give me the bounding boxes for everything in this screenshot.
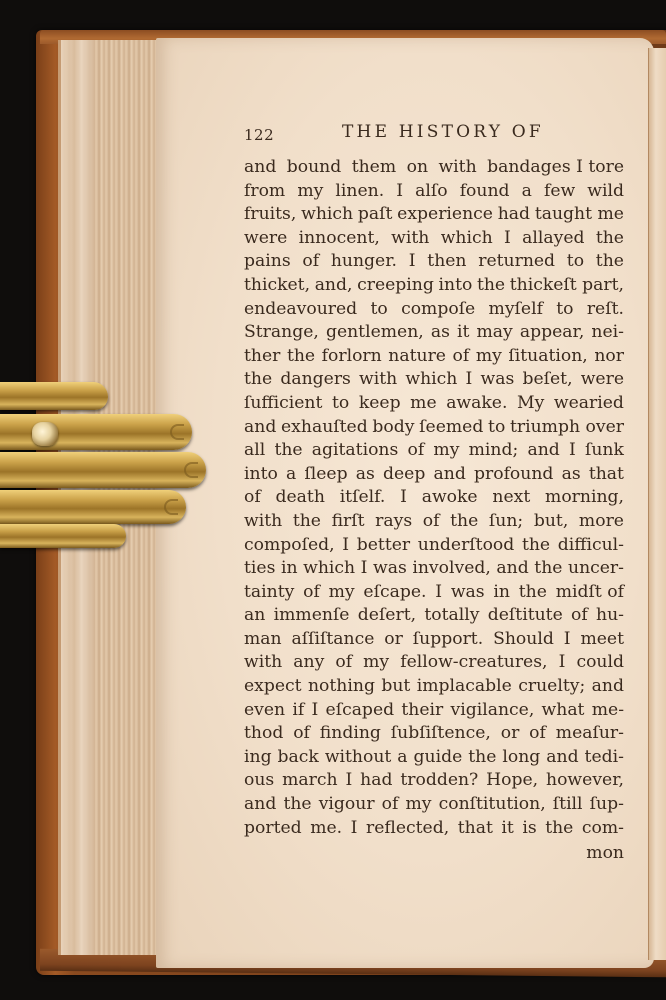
word: deſert, (358, 604, 416, 628)
text-line: ofdeathitſelf.Iawokenextmorning, (244, 486, 624, 510)
text-line: thicket,and,creepingintothethickeſt part… (244, 274, 624, 298)
page-number: 122 (244, 126, 274, 144)
text-line: portedme.Ireflected,thatitisthecom- (244, 817, 624, 841)
word: with (244, 510, 282, 534)
word: into (439, 274, 473, 298)
word: the (596, 227, 624, 251)
word: with (244, 651, 282, 675)
text-line: withthefirſtraysoftheſun;but,more (244, 510, 624, 534)
word: taught me (535, 203, 624, 227)
page-text: 122 THE HISTORY OF andboundthemonwithban… (244, 122, 624, 866)
word: eſcaped (326, 699, 395, 723)
text-line: frommylinen.Ialſofoundafewwild (244, 180, 624, 204)
word: creeping (357, 274, 434, 298)
word: endeavoured (244, 298, 357, 322)
text-line: intoaſleepasdeepandprofoundasthat (244, 463, 624, 487)
word: was (451, 581, 485, 605)
word: the (534, 557, 562, 581)
word: awake. (446, 392, 507, 416)
word: I (361, 557, 368, 581)
word: with (391, 227, 429, 251)
word: and (244, 416, 276, 440)
word: me- (592, 699, 624, 723)
word: their (401, 699, 443, 723)
word: agitations (312, 439, 399, 463)
word: dangers (280, 368, 351, 392)
word: triumph over (510, 416, 624, 440)
word: of (244, 486, 261, 510)
word: I (564, 628, 571, 652)
word: is (522, 817, 536, 841)
thumb (0, 382, 108, 410)
text-line: thodoffindingſubſiſtence,orofmeaſur- (244, 722, 624, 746)
page-right-edge (648, 48, 666, 960)
word: death (276, 486, 325, 510)
word: My (517, 392, 544, 416)
index-finger (0, 414, 192, 450)
word: but (381, 675, 410, 699)
word: of (382, 793, 399, 817)
word: itſelf. (340, 486, 386, 510)
word: ſtill (553, 793, 583, 817)
word: the (522, 534, 550, 558)
word: I (396, 180, 403, 204)
text-line: ousmarchIhadtrodden?Hope,however, (244, 769, 624, 793)
word: paſt (358, 203, 393, 227)
word: had (498, 203, 530, 227)
word: me. (310, 817, 342, 841)
word: I (409, 250, 416, 274)
word: innocent, (299, 227, 380, 251)
text-line: Strange,gentlemen,asitmayappear,nei- (244, 321, 624, 345)
word: I (351, 817, 358, 841)
text-line: fruits,whichpaſtexperiencehadtaught me (244, 203, 624, 227)
word: then (427, 250, 466, 274)
word: an (244, 604, 265, 628)
word: I (559, 651, 566, 675)
text-line: thertheforlornnatureofmyſituation,nor (244, 345, 624, 369)
word: and (496, 557, 528, 581)
word: as (356, 463, 375, 487)
word: involved, (412, 557, 490, 581)
word: my (297, 180, 323, 204)
word: next (492, 486, 530, 510)
word: awoke (422, 486, 478, 510)
word: and (527, 439, 559, 463)
word: even (244, 699, 285, 723)
word: if (292, 699, 304, 723)
word: of (335, 651, 352, 675)
word: but, (534, 510, 568, 534)
word: myſelf (489, 298, 543, 322)
word: them (352, 156, 396, 180)
word: compoſe (401, 298, 475, 322)
ring-icon (32, 422, 58, 446)
word: experience (397, 203, 493, 227)
word: back (278, 746, 319, 770)
catchword: mon (586, 842, 624, 866)
word: any (293, 651, 324, 675)
word: conſtitution, (439, 793, 546, 817)
word: was (481, 368, 515, 392)
word: implacable (417, 675, 512, 699)
word: the (274, 439, 302, 463)
word: the (519, 581, 547, 605)
text-line: tiesinwhichIwasinvolved,andtheuncer- (244, 557, 624, 581)
word: which (301, 203, 353, 227)
word: the (477, 274, 505, 298)
word: what (542, 699, 585, 723)
word: or (384, 628, 403, 652)
word: man (244, 628, 282, 652)
word: the (545, 817, 573, 841)
word: which (405, 368, 457, 392)
word: vigour (319, 793, 375, 817)
word: that (589, 463, 624, 487)
word: immenſe (274, 604, 350, 628)
word: guide (414, 746, 463, 770)
word: my (476, 345, 502, 369)
word: hunger. (331, 250, 397, 274)
word: vigilance, (451, 699, 535, 723)
word: deſtitute (488, 604, 563, 628)
little-finger (0, 524, 126, 548)
word: my (363, 651, 389, 675)
word: could (576, 651, 624, 675)
word: ing (244, 746, 272, 770)
word: ſleep (304, 463, 347, 487)
word: I (345, 769, 352, 793)
word: and (244, 156, 276, 180)
word: deep (383, 463, 425, 487)
word: eſcape. (363, 581, 426, 605)
word: from (244, 180, 285, 204)
word: thickeſt part, (510, 274, 624, 298)
word: pains (244, 250, 291, 274)
word: ſunk (585, 439, 624, 463)
word: were (581, 368, 624, 392)
word: of (571, 604, 588, 628)
word: without (325, 746, 392, 770)
word: the (283, 793, 311, 817)
word: more (579, 510, 624, 534)
text-line: andexhauſtedbodyſeemedtotriumph over (244, 416, 624, 440)
word: gentlemen, (326, 321, 424, 345)
word: tedi- (585, 746, 624, 770)
word: a (286, 463, 296, 487)
word: I (504, 227, 511, 251)
word: alſo (415, 180, 447, 204)
word: were (244, 227, 287, 251)
word: with (359, 368, 397, 392)
text-line: expectnothingbutimplacablecruelty;and (244, 675, 624, 699)
word: the (293, 510, 321, 534)
word: meaſur- (556, 722, 624, 746)
page-header: 122 THE HISTORY OF (244, 122, 624, 156)
word: which (441, 227, 493, 251)
word: wearied (554, 392, 624, 416)
ring-finger (0, 490, 186, 524)
fingernail (164, 499, 178, 515)
word: forlorn (322, 345, 382, 369)
text-line: andboundthemonwithbandages I tore (244, 156, 624, 180)
body-text: andboundthemonwithbandages I torefrommyl… (244, 156, 624, 840)
word: ties (244, 557, 275, 581)
word: and (592, 675, 624, 699)
brass-hand-bookmark (0, 378, 210, 548)
text-line: alltheagitationsofmymind;andIſunk (244, 439, 624, 463)
word: Should (493, 628, 554, 652)
text-line: withanyofmyfellow-creatures,Icould (244, 651, 624, 675)
word: body (372, 416, 414, 440)
word: allayed (522, 227, 584, 251)
word: trodden? (400, 769, 478, 793)
text-line: andthevigourofmyconſtitution,ſtillſup- (244, 793, 624, 817)
word: expect (244, 675, 302, 699)
word: exhauſted (281, 416, 368, 440)
word: ſituation, (508, 345, 587, 369)
word: difficul- (558, 534, 624, 558)
text-line: ingbackwithoutaguidethelongandtedi- (244, 746, 624, 770)
word: that (458, 817, 493, 841)
text-line: painsofhunger.Ithenreturnedtothe (244, 250, 624, 274)
word: com- (582, 817, 624, 841)
word: was (373, 557, 407, 581)
word: on (407, 156, 428, 180)
word: the (450, 510, 478, 534)
word: ſup- (590, 793, 624, 817)
word: ported (244, 817, 302, 841)
word: of (293, 722, 310, 746)
word: Hope, (486, 769, 538, 793)
word: and (546, 746, 578, 770)
middle-finger (0, 452, 206, 488)
word: of (408, 439, 425, 463)
word: the (244, 368, 272, 392)
text-line: ſufficienttokeepmeawake.Mywearied (244, 392, 624, 416)
word: and (434, 463, 466, 487)
word: to (371, 298, 388, 322)
word: I (311, 699, 318, 723)
word: keep (359, 392, 401, 416)
word: ther (244, 345, 280, 369)
word: or (501, 722, 520, 746)
word: the (287, 345, 315, 369)
word: of (453, 345, 470, 369)
word: thod (244, 722, 283, 746)
word: reſt. (587, 298, 624, 322)
word: meet (580, 628, 624, 652)
word: beſet, (522, 368, 572, 392)
word: profound (474, 463, 553, 487)
word: and (244, 793, 276, 817)
word: finding (320, 722, 381, 746)
word: nei- (591, 321, 624, 345)
text-line: thedangerswithwhichIwasbeſet,were (244, 368, 624, 392)
word: ſubſiſtence, (391, 722, 491, 746)
word: ſupport. (413, 628, 483, 652)
word: my (405, 793, 431, 817)
word: cruelty; (518, 675, 585, 699)
word: as (431, 321, 450, 345)
word: bound (287, 156, 342, 180)
word: it (501, 817, 513, 841)
word: totally (424, 604, 479, 628)
word: found (460, 180, 510, 204)
word: however, (546, 769, 624, 793)
word: march (282, 769, 337, 793)
word: a (397, 746, 407, 770)
word: underſtood (418, 534, 515, 558)
word: to (556, 298, 573, 322)
word: better (357, 534, 410, 558)
word: the (596, 250, 624, 274)
word: mind; (469, 439, 519, 463)
fingernail (170, 424, 184, 440)
word: I (569, 439, 576, 463)
word: tainty (244, 581, 294, 605)
word: all (244, 439, 265, 463)
word: may (476, 321, 512, 345)
text-line: wereinnocent,withwhichIallayedthe (244, 227, 624, 251)
word: I (435, 581, 442, 605)
text-line: manaſſiſtanceorſupport.ShouldImeet (244, 628, 624, 652)
word: fellow-creatures, (400, 651, 547, 675)
word: it (457, 321, 469, 345)
word: fruits, (244, 203, 296, 227)
word: wild (587, 180, 624, 204)
running-head: THE HISTORY OF (342, 122, 544, 142)
word: ous (244, 769, 274, 793)
word: to (332, 392, 349, 416)
word: my (329, 581, 355, 605)
word: me (410, 392, 436, 416)
word: nothing (308, 675, 375, 699)
word: reflected, (366, 817, 449, 841)
word: of (303, 581, 320, 605)
word: ſufficient (244, 392, 322, 416)
text-line: endeavouredtocompoſemyſelftoreſt. (244, 298, 624, 322)
word: of (529, 722, 546, 746)
word: hu- (596, 604, 624, 628)
word: to (488, 416, 505, 440)
word: of (302, 250, 319, 274)
word: and, (315, 274, 353, 298)
word: the (468, 746, 496, 770)
word: had (360, 769, 392, 793)
word: long (502, 746, 540, 770)
word: in (493, 581, 510, 605)
word: to (567, 250, 584, 274)
word: I (400, 486, 407, 510)
text-line: taintyofmyeſcape.Iwasinthemidſt of (244, 581, 624, 605)
word: of (423, 510, 440, 534)
text-line: evenifIeſcapedtheirvigilance,whatme- (244, 699, 624, 723)
word: with (438, 156, 476, 180)
word: which (303, 557, 355, 581)
word: morning, (545, 486, 624, 510)
word: thicket, (244, 274, 310, 298)
word: I (466, 368, 473, 392)
fingernail (184, 462, 198, 478)
word: in (281, 557, 298, 581)
word: as (562, 463, 581, 487)
word: bandages I tore (487, 156, 624, 180)
word: midſt of (556, 581, 624, 605)
word: uncer- (568, 557, 624, 581)
word: aſſiſtance (292, 628, 375, 652)
word: returned (478, 250, 555, 274)
text-line: compoſed,Ibetterunderſtoodthedifficul- (244, 534, 624, 558)
word: nor (594, 345, 624, 369)
text-line: animmenſedeſert,totallydeſtituteofhu- (244, 604, 624, 628)
word: nature (388, 345, 446, 369)
catchword-line: mon (244, 842, 624, 866)
word: few (544, 180, 575, 204)
word: rays (375, 510, 412, 534)
word: a (522, 180, 532, 204)
word: I (342, 534, 349, 558)
word: firſt (332, 510, 365, 534)
word: ſeemed (419, 416, 483, 440)
word: Strange, (244, 321, 319, 345)
word: into (244, 463, 278, 487)
word: compoſed, (244, 534, 335, 558)
photo-scene: 122 THE HISTORY OF andboundthemonwithban… (0, 0, 666, 1000)
word: appear, (520, 321, 584, 345)
word: ſun; (489, 510, 523, 534)
word: linen. (335, 180, 384, 204)
word: my (433, 439, 459, 463)
